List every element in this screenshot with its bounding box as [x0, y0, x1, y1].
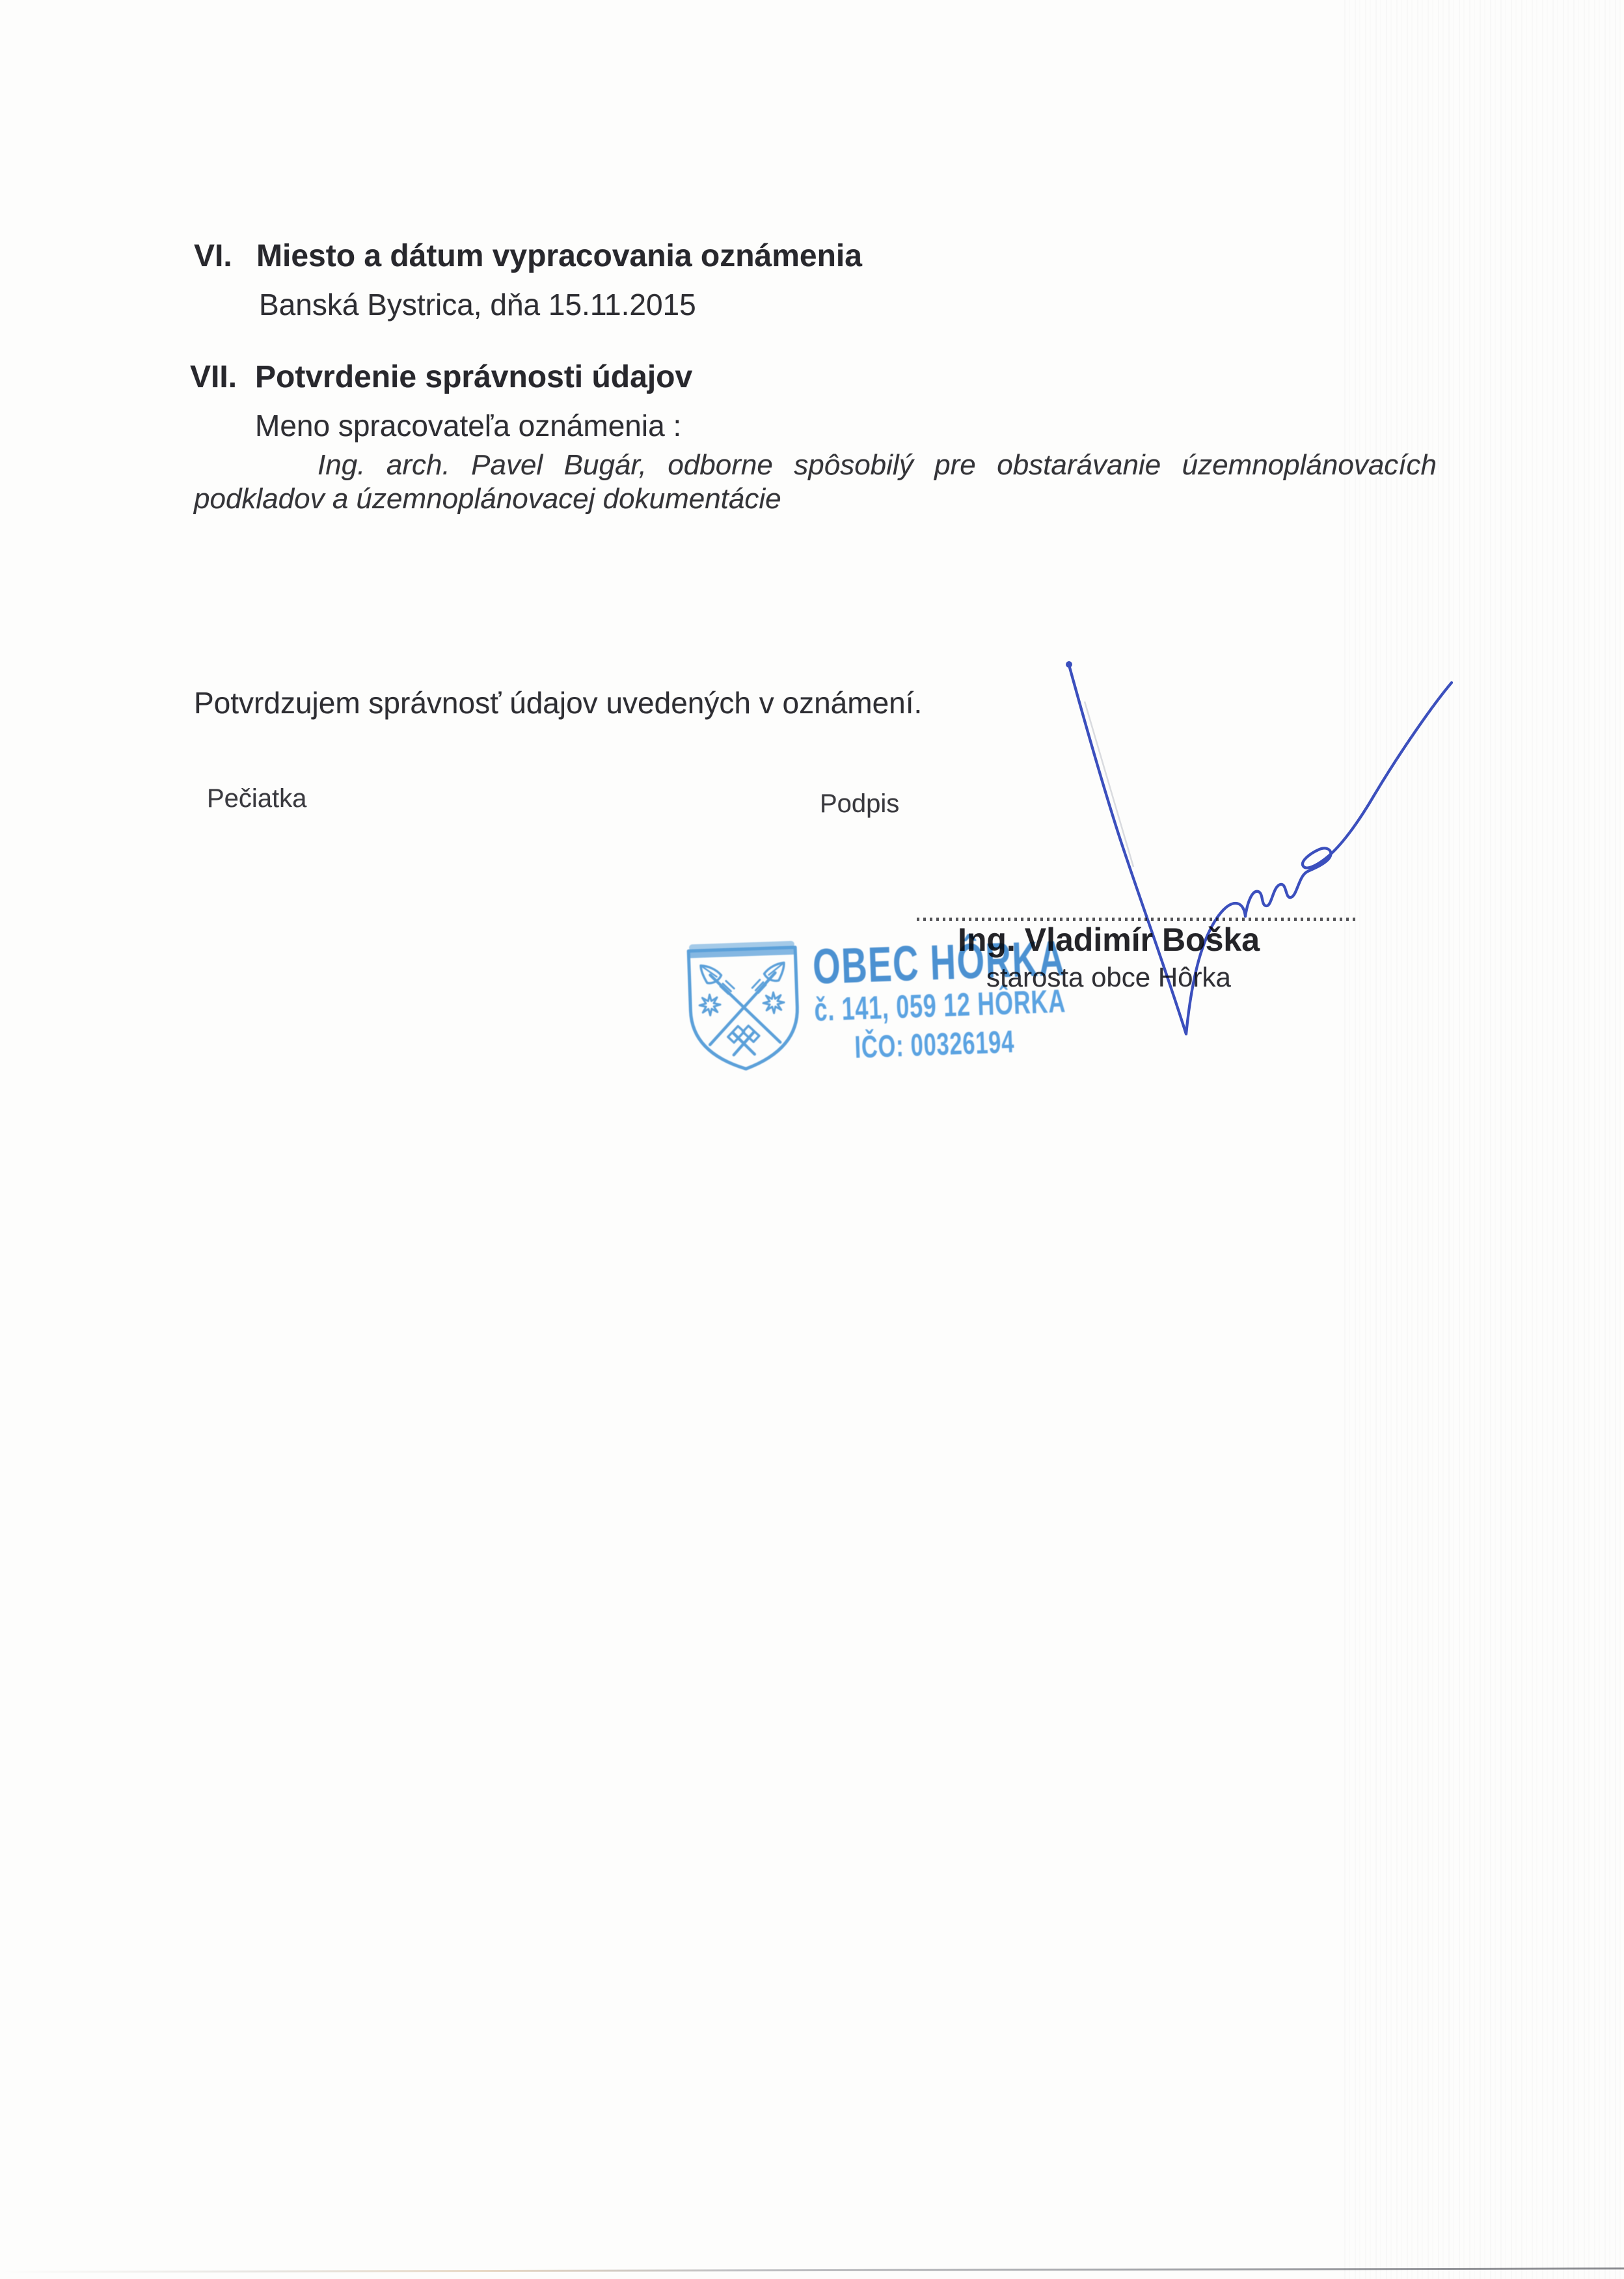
official-stamp: OBEC HÔRKA č. 141, 059 12 HÔRKA IČO: 003… — [673, 910, 1318, 1121]
coat-of-arms-icon — [683, 936, 805, 1080]
processor-description-line2: podkladov a územnoplánovacej dokumentáci… — [194, 483, 781, 516]
processor-description-line1: Ing. arch. Pavel Bugár, odborne spôsobil… — [318, 449, 1437, 482]
processor-name-label: Meno spracovateľa oznámenia : — [255, 409, 681, 443]
stamp-address-text: č. 141, 059 12 HÔRKA — [813, 982, 1066, 1028]
signature-label: Podpis — [820, 789, 899, 819]
stamp-label: Pečiatka — [207, 784, 306, 813]
section-vii-number: VII. — [190, 359, 237, 395]
scanned-document-page: VI. Miesto a dátum vypracovania oznámeni… — [0, 0, 1624, 2279]
place-and-date: Banská Bystrica, dňa 15.11.2015 — [259, 288, 696, 322]
stamp-ico-text: IČO: 00326194 — [854, 1024, 1015, 1066]
confirmation-statement: Potvrdzujem správnosť údajov uvedených v… — [194, 686, 922, 720]
section-vi-number: VI. — [194, 238, 232, 274]
section-vii-title: Potvrdenie správnosti údajov — [255, 359, 692, 395]
scan-noise-texture — [1344, 0, 1624, 2279]
section-vi-title: Miesto a dátum vypracovania oznámenia — [256, 238, 862, 274]
